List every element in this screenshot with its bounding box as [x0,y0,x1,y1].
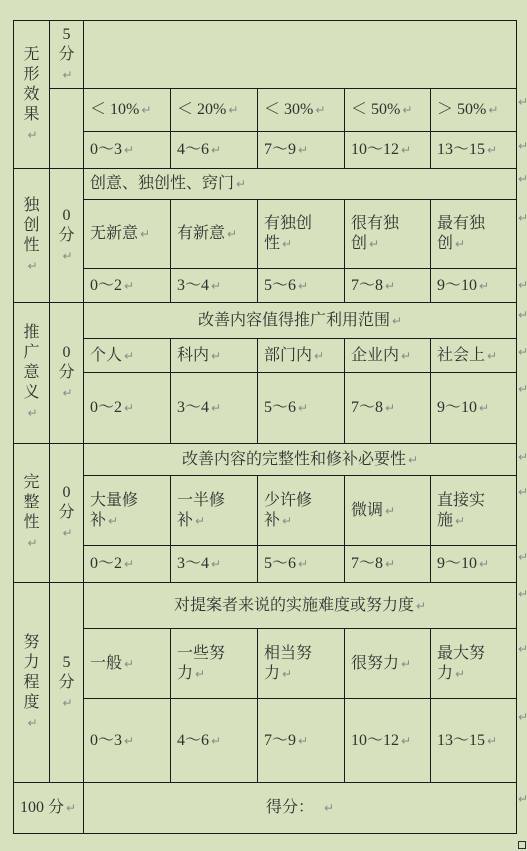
score-range: 13～15 [437,141,485,158]
empty-points-subcell [50,89,84,169]
score-range-cell: 9～10↵ [431,373,517,444]
paragraph-mark-icon: ↵ [195,514,205,528]
score-range: 3～4 [177,399,209,416]
paragraph-mark-icon: ↵ [385,401,395,415]
paragraph-mark-icon: ↵ [140,227,150,241]
score-range: 0～3 [90,732,122,749]
paragraph-mark-icon: ↵ [401,349,411,363]
score-range-cell: 5～6↵ [258,546,345,583]
paragraph-mark-icon: ↵ [124,143,134,157]
paragraph-mark-icon: ↵ [369,237,379,251]
paragraph-mark-icon: ↵ [108,514,118,528]
paragraph-mark-icon: ↵ [62,696,72,710]
criteria-label: ＞ 50% [437,101,486,118]
criteria-cell: 社会上↵ [431,339,517,373]
paragraph-mark-icon: ↵ [487,349,497,363]
criteria-cell: 一半修 补↵ [171,476,258,546]
total-points-cell: 100 分↵ [14,783,84,834]
score-range: 9～10 [437,277,477,294]
score-range: 5～6 [264,277,296,294]
row-end-mark-icon: ↵ [518,792,527,806]
row-end-mark-icon: ↵ [518,345,527,359]
score-range: 0～2 [90,277,122,294]
paragraph-mark-icon: ↵ [282,667,292,681]
score-range: 7～8 [351,555,383,572]
score-range-cell: 0～2↵ [84,546,171,583]
criteria-cell: 部门内↵ [258,339,345,373]
criteria-cell: 有新意↵ [171,200,258,269]
category-cell-intangible-effect: 无 形 效 果↵ [14,21,50,169]
score-range: 7～8 [351,399,383,416]
row-end-mark-icon: ↵ [518,308,527,322]
row-end-mark-icon: ↵ [518,139,527,153]
paragraph-mark-icon: ↵ [314,349,324,363]
score-range: 0～3 [90,141,122,158]
criteria-header-cell: 创意、独创性、窍门↵ [84,169,517,200]
paragraph-mark-icon: ↵ [392,314,402,328]
criteria-label: ＜ 30% [264,101,313,118]
category-label: 完 整 性 [23,474,39,531]
paragraph-mark-icon: ↵ [488,103,498,117]
paragraph-mark-icon: ↵ [124,401,134,415]
criteria-cell: 微调↵ [345,476,431,546]
score-entry-label: 得分： [266,799,314,816]
score-range: 9～10 [437,399,477,416]
category-cell-effort: 努 力 程 度↵ [14,583,50,783]
criteria-cell: ＜ 50%↵ [345,89,431,132]
score-range-cell: 7～8↵ [345,373,431,444]
score-range: 5～6 [264,555,296,572]
score-range-cell: 4～6↵ [171,699,258,783]
paragraph-mark-icon: ↵ [62,68,72,82]
criteria-header-cell: 改善内容的完整性和修补必要性↵ [84,444,517,476]
paragraph-mark-icon: ↵ [62,526,72,540]
paragraph-mark-icon: ↵ [282,514,292,528]
row-end-mark-icon: ↵ [518,95,527,109]
paragraph-mark-icon: ↵ [236,177,246,191]
paragraph-mark-icon: ↵ [62,249,72,263]
paragraph-mark-icon: ↵ [385,557,395,571]
points-cell-originality: 0 分↵ [50,169,84,303]
row-end-mark-icon: ↵ [518,278,527,292]
category-cell-promotion-value: 推 广 意 义↵ [14,303,50,444]
score-range: 0～2 [90,399,122,416]
criteria-cell: 很努力↵ [345,629,431,699]
paragraph-mark-icon: ↵ [401,657,411,671]
paragraph-mark-icon: ↵ [211,557,221,571]
paragraph-mark-icon: ↵ [195,667,205,681]
paragraph-mark-icon: ↵ [124,349,134,363]
score-range-cell: 10～12↵ [345,699,431,783]
paragraph-mark-icon: ↵ [124,279,134,293]
points-cell-promotion-value: 0 分↵ [50,303,84,444]
score-range-cell: 3～4↵ [171,546,258,583]
points-label: 0 分 [58,484,74,521]
points-label: 5 分 [58,654,74,691]
empty-cell [84,21,517,89]
criteria-label: 社会上 [437,347,485,364]
end-of-table-marker-icon [518,841,526,849]
score-range-cell: 7～8↵ [345,546,431,583]
paragraph-mark-icon: ↵ [455,237,465,251]
paragraph-mark-icon: ↵ [298,734,308,748]
criteria-label: 很努力 [351,655,399,672]
criteria-cell: 一些努 力↵ [171,629,258,699]
score-range: 4～6 [177,141,209,158]
criteria-cell: 企业内↵ [345,339,431,373]
paragraph-mark-icon: ↵ [479,557,489,571]
score-range-cell: 7～9↵ [258,699,345,783]
criteria-cell: 有独创 性↵ [258,200,345,269]
paragraph-mark-icon: ↵ [211,349,221,363]
category-label: 努 力 程 度 [23,634,39,711]
paragraph-mark-icon: ↵ [298,401,308,415]
paragraph-mark-icon: ↵ [479,401,489,415]
category-label: 独 创 性 [23,197,39,254]
paragraph-mark-icon: ↵ [211,734,221,748]
criteria-label: ＜ 10% [90,101,139,118]
criteria-header: 对提案者来说的实施难度或努力度 [174,597,414,614]
paragraph-mark-icon: ↵ [487,143,497,157]
criteria-label: 微调 [351,502,383,519]
score-range: 3～4 [177,555,209,572]
score-range: 9～10 [437,555,477,572]
score-entry-cell[interactable]: 得分：↵ [84,783,517,834]
paragraph-mark-icon: ↵ [27,536,37,550]
criteria-cell: 一般↵ [84,629,171,699]
score-range: 7～9 [264,141,296,158]
score-range-cell: 0～3↵ [84,132,171,169]
criteria-label: 无新意 [90,225,138,242]
row-end-mark-icon: ↵ [518,642,527,656]
points-label: 0 分 [58,344,74,381]
score-range-cell: 5～6↵ [258,373,345,444]
row-end-mark-icon: ↵ [518,710,527,724]
points-label: 5 分 [58,26,74,63]
paragraph-mark-icon: ↵ [211,143,221,157]
score-range: 7～8 [351,277,383,294]
paragraph-mark-icon: ↵ [298,557,308,571]
paragraph-mark-icon: ↵ [282,237,292,251]
criteria-header: 改善内容值得推广利用范围 [198,312,390,329]
score-range: 4～6 [177,732,209,749]
row-end-mark-icon: ↵ [518,550,527,564]
score-range-cell: 13～15↵ [431,132,517,169]
score-range-cell: 0～2↵ [84,373,171,444]
paragraph-mark-icon: ↵ [416,599,426,613]
score-range-cell: 3～4↵ [171,373,258,444]
paragraph-mark-icon: ↵ [141,103,151,117]
score-range-cell: 7～9↵ [258,132,345,169]
criteria-header-cell: 对提案者来说的实施难度或努力度↵ [84,583,517,629]
row-end-mark-icon: ↵ [518,587,527,601]
evaluation-rubric-table: 无 形 效 果↵ 5 分↵ ＜ 10%↵ ＜ 20%↵ ＜ 30%↵ ＜ 50%… [13,20,517,834]
paragraph-mark-icon: ↵ [324,801,334,815]
row-end-mark-icon: ↵ [518,450,527,464]
paragraph-mark-icon: ↵ [227,227,237,241]
paragraph-mark-icon: ↵ [408,453,418,467]
score-range-cell: 9～10↵ [431,269,517,303]
criteria-cell: ＜ 30%↵ [258,89,345,132]
criteria-label: 企业内 [351,347,399,364]
criteria-cell: 最有独 创↵ [431,200,517,269]
score-range-cell: 0～2↵ [84,269,171,303]
criteria-cell: 大量修 补↵ [84,476,171,546]
criteria-cell: 个人↵ [84,339,171,373]
row-end-mark-icon: ↵ [518,485,527,499]
criteria-cell: ＜ 10%↵ [84,89,171,132]
paragraph-mark-icon: ↵ [402,103,412,117]
criteria-label: 个人 [90,347,122,364]
score-range: 5～6 [264,399,296,416]
criteria-cell: 相当努 力↵ [258,629,345,699]
paragraph-mark-icon: ↵ [385,504,395,518]
score-range-cell: 4～6↵ [171,132,258,169]
paragraph-mark-icon: ↵ [385,279,395,293]
paragraph-mark-icon: ↵ [455,514,465,528]
score-range-cell: 10～12↵ [345,132,431,169]
score-range: 0～2 [90,555,122,572]
paragraph-mark-icon: ↵ [124,557,134,571]
criteria-label: 科内 [177,347,209,364]
paragraph-mark-icon: ↵ [211,279,221,293]
criteria-header-cell: 改善内容值得推广利用范围↵ [84,303,517,339]
criteria-cell: 无新意↵ [84,200,171,269]
score-range: 3～4 [177,277,209,294]
paragraph-mark-icon: ↵ [211,401,221,415]
criteria-label: ＜ 50% [351,101,400,118]
row-end-mark-icon: ↵ [518,382,527,396]
paragraph-mark-icon: ↵ [455,667,465,681]
row-end-mark-icon: ↵ [518,211,527,225]
row-end-mark-icon: ↵ [518,172,527,186]
score-range-cell: 7～8↵ [345,269,431,303]
paragraph-mark-icon: ↵ [401,734,411,748]
paragraph-mark-icon: ↵ [62,386,72,400]
paragraph-mark-icon: ↵ [228,103,238,117]
criteria-cell: 直接实 施↵ [431,476,517,546]
paragraph-mark-icon: ↵ [27,716,37,730]
criteria-cell: 很有独 创↵ [345,200,431,269]
score-range: 13～15 [437,732,485,749]
score-range-cell: 3～4↵ [171,269,258,303]
paragraph-mark-icon: ↵ [66,801,76,815]
criteria-cell: 科内↵ [171,339,258,373]
paragraph-mark-icon: ↵ [27,259,37,273]
score-range-cell: 5～6↵ [258,269,345,303]
paragraph-mark-icon: ↵ [401,143,411,157]
paragraph-mark-icon: ↵ [315,103,325,117]
criteria-cell: 最大努 力↵ [431,629,517,699]
score-range: 10～12 [351,141,399,158]
total-points-label: 100 分 [20,799,64,816]
points-cell-intangible-effect: 5 分↵ [50,21,84,89]
points-cell-effort: 5 分↵ [50,583,84,783]
paragraph-mark-icon: ↵ [298,143,308,157]
category-label: 无 形 效 果 [23,46,39,123]
paragraph-mark-icon: ↵ [298,279,308,293]
category-cell-completeness: 完 整 性↵ [14,444,50,583]
paragraph-mark-icon: ↵ [487,734,497,748]
criteria-label: 有新意 [177,225,225,242]
points-cell-completeness: 0 分↵ [50,444,84,583]
criteria-cell: 少许修 补↵ [258,476,345,546]
paragraph-mark-icon: ↵ [27,406,37,420]
category-cell-originality: 独 创 性↵ [14,169,50,303]
score-range: 7～9 [264,732,296,749]
criteria-label: ＜ 20% [177,101,226,118]
paragraph-mark-icon: ↵ [27,128,37,142]
paragraph-mark-icon: ↵ [479,279,489,293]
category-label: 推 广 意 义 [23,324,39,401]
criteria-label: 部门内 [264,347,312,364]
criteria-cell: ＞ 50%↵ [431,89,517,132]
paragraph-mark-icon: ↵ [124,734,134,748]
criteria-cell: ＜ 20%↵ [171,89,258,132]
criteria-label: 一般 [90,655,122,672]
score-range-cell: 13～15↵ [431,699,517,783]
paragraph-mark-icon: ↵ [124,657,134,671]
score-range-cell: 0～3↵ [84,699,171,783]
criteria-header: 改善内容的完整性和修补必要性 [182,451,406,468]
score-range-cell: 9～10↵ [431,546,517,583]
score-range: 10～12 [351,732,399,749]
points-label: 0 分 [58,207,74,244]
criteria-header: 创意、独创性、窍门 [90,175,234,192]
word-document-page: 无 形 效 果↵ 5 分↵ ＜ 10%↵ ＜ 20%↵ ＜ 30%↵ ＜ 50%… [0,0,527,851]
